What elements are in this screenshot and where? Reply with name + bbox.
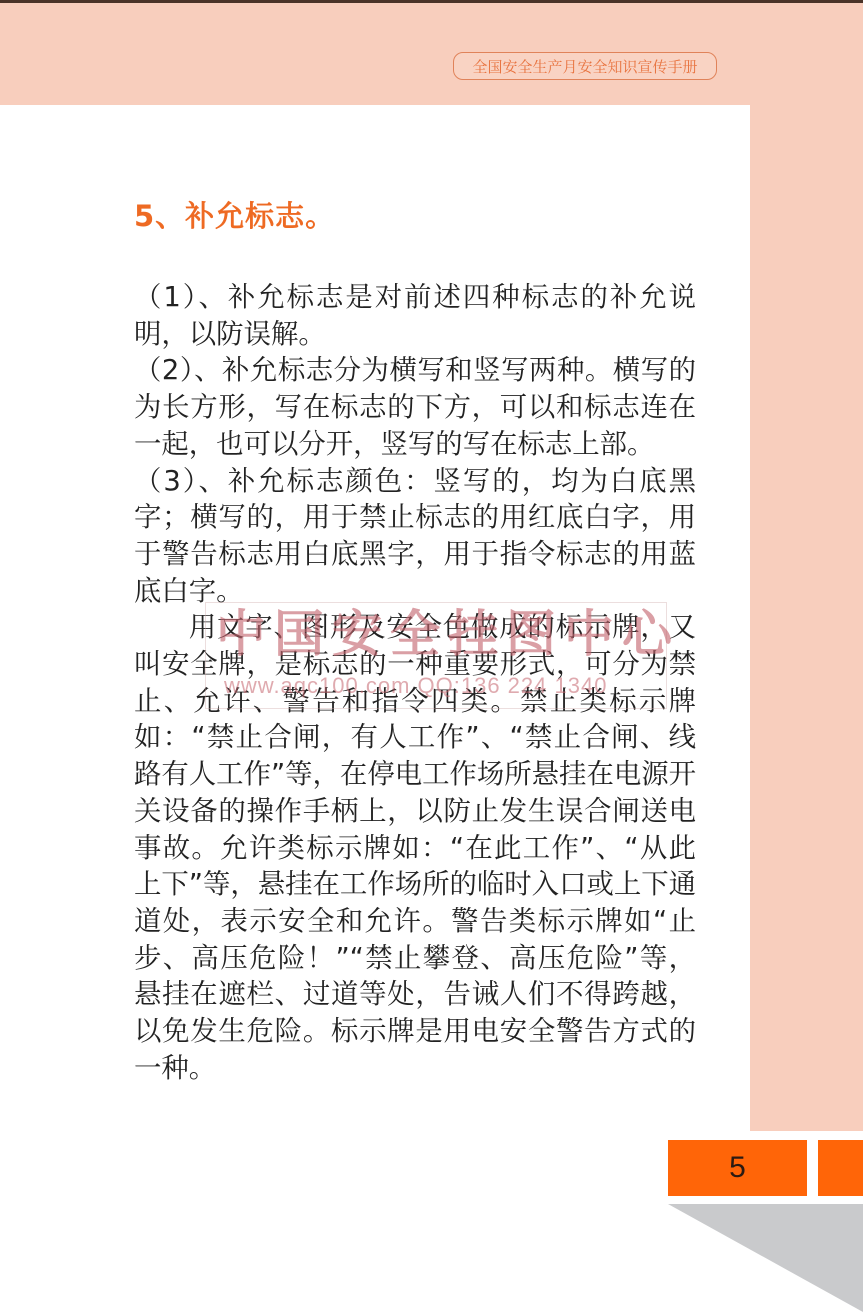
right-decorative-strip [750,105,863,1131]
page-tab-decoration [818,1140,863,1196]
page-number: 5 [729,1151,746,1185]
corner-triangle-decoration [668,1204,863,1312]
page-number-box: 5 [668,1140,807,1196]
body-text: （1）、补允标志是对前述四种标志的补允说明，以防误解。 （2）、补允标志分为横写… [134,280,696,1087]
handbook-title-badge: 全国安全生产月安全知识宣传手册 [453,52,717,80]
paragraph-4: 用文字、图形及安全色做成的标示牌，又叫安全牌，是标志的一种重要形式，可分为禁止、… [134,610,696,1087]
handbook-title-label: 全国安全生产月安全知识宣传手册 [472,56,697,77]
paragraph-2: （2）、补允标志分为横写和竖写两种。横写的为长方形，写在标志的下方，可以和标志连… [134,353,696,463]
paragraph-3: （3）、补允标志颜色：竖写的，均为白底黑字；横写的，用于禁止标志的用红底白字，用… [134,464,696,611]
paragraph-1: （1）、补允标志是对前述四种标志的补允说明，以防误解。 [134,280,696,353]
section-title: 5、补允标志。 [134,196,335,236]
header-band [0,3,863,105]
